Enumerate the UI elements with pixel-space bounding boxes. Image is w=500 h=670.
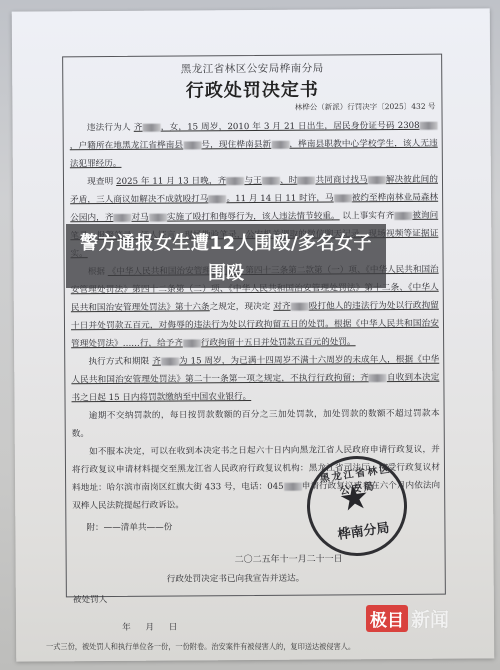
issue-date: 二〇二五年十一月二十一日 [235, 551, 343, 565]
redaction [291, 302, 309, 310]
headline-line-1: 警方通报女生遭12人围殴/多名女子 [66, 224, 386, 255]
headline-line-2: 围殴 [66, 255, 386, 285]
redaction [161, 357, 179, 365]
watermark-logo-text: 新闻 [411, 605, 449, 632]
redaction [271, 140, 289, 148]
redaction [394, 211, 412, 219]
redaction [420, 121, 438, 129]
redaction [369, 374, 387, 382]
redaction [113, 213, 131, 221]
redaction [208, 195, 226, 203]
redaction [226, 177, 244, 185]
execution-paragraph: 执行方式和期限 齐为 15 周岁，为已满十四周岁不满十六周岁的未成年人，根据《中… [71, 351, 439, 408]
redaction [183, 141, 201, 149]
redaction [183, 339, 201, 347]
redaction [262, 176, 280, 184]
redaction [334, 194, 352, 202]
offender-paragraph: 违法行为人 齐，女，15 周岁，2010 年 3 月 21 日出生，居民身份证号… [70, 117, 438, 174]
document-number: 林桦公（新派）行罚决字〔2025〕432 号 [295, 101, 436, 113]
star-icon: ★ [337, 479, 372, 517]
news-watermark: 极目 新闻 [366, 604, 449, 632]
attachment-line: 附：——清单共——份 [86, 521, 172, 534]
service-statement: 行政处罚决定书已向我宣告并送达。 [167, 572, 305, 585]
penalized-person-label: 被处罚人 [73, 593, 107, 605]
overdue-paragraph: 逾期不交纳罚款的，每日按罚款数额的百分之三加处罚款，加处罚款的数额不超过罚款本数… [72, 405, 440, 444]
document-title: 行政处罚决定书 [63, 75, 441, 104]
document-body: 违法行为人 齐，女，15 周岁，2010 年 3 月 21 日出生，居民身份证号… [70, 117, 441, 516]
headline-overlay: 警方通报女生遭12人围殴/多名女子 围殴 [66, 224, 386, 288]
watermark-logo-red: 极目 [366, 605, 408, 632]
redaction [143, 123, 161, 131]
redaction [149, 213, 167, 221]
redaction [284, 482, 302, 490]
seal-name: 桦南分局 [326, 515, 400, 544]
signature-date-blank: 年 月 日 [122, 621, 177, 633]
redaction [297, 176, 315, 184]
copies-footnote: 一式三份，被处罚人和执行单位各一份，一份附卷。治安案件有被侵害人的，复印送达被侵… [46, 642, 355, 652]
redaction [368, 176, 386, 184]
